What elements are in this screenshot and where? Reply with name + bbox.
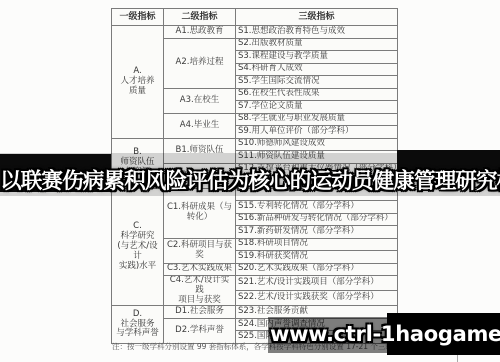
table-row: A. 人才培养 质量 A1.思政教育 S1.思想政治教育特色与成效	[112, 26, 398, 39]
scanned-page: 一级指标 二级指标 三级指标 A. 人才培养 质量 A1.思政教育 S1.思想政…	[0, 0, 500, 362]
level2-d2: D2.学科声誉	[164, 318, 236, 343]
header-level1: 一级指标	[112, 9, 164, 26]
table-row: B. 师资队伍 与资源 B1.师资队伍 S10.师德师风建设成效	[112, 138, 398, 151]
indicator-s2: S2.出版教材质量	[236, 38, 398, 51]
indicator-s4: S4.科研育人成效	[236, 63, 398, 76]
indicator-s15: S15.专利转化情况（部分学科）	[236, 201, 398, 214]
scan-artifact-line	[457, 354, 458, 362]
level2-c2: C2.科研项目与获奖	[164, 238, 236, 263]
level2-c4: C4.艺术/设计实践 项目与获奖	[164, 276, 236, 306]
level2-a2: A2.培养过程	[164, 38, 236, 88]
header-level2: 二级指标	[164, 9, 236, 26]
indicator-s8: S8.学生就业与职业发展质量	[236, 113, 398, 126]
indicator-s7: S7.学位论文质量	[236, 101, 398, 114]
indicator-s16: S16.新品种研发与转化情况（部分学科）	[236, 213, 398, 226]
level2-a1: A1.思政教育	[164, 26, 236, 39]
level2-d1: D1.社会服务	[164, 306, 236, 319]
indicator-s3: S3.课程建设与教学质量	[236, 51, 398, 64]
level2-a3: A3.在校生	[164, 88, 236, 113]
level2-a4: A4.毕业生	[164, 113, 236, 138]
level1-group-c: C. 科学研究 (与艺术/设计 实践)水平	[112, 188, 164, 306]
level1-group-a: A. 人才培养 质量	[112, 26, 164, 139]
indicator-s9: S9.用人单位评价（部分学科）	[236, 126, 398, 139]
indicator-s20: S20.艺术实践成果（部分学科）	[236, 263, 398, 276]
indicator-s18: S18.科研项目情况	[236, 238, 398, 251]
indicator-s5: S5.学生国际交流情况	[236, 76, 398, 89]
indicator-s19: S19.科研获奖情况	[236, 251, 398, 264]
indicator-s17: S17.新药研发情况（部分学科）	[236, 226, 398, 239]
indicator-s1: S1.思想政治教育特色与成效	[236, 26, 398, 39]
level1-group-d: D. 社会服务 与学科声誉	[112, 306, 164, 344]
indicator-s22: S22.艺术/设计实践获奖（部分学科）	[236, 291, 398, 306]
headline-title: 以联赛伤病累积风险评估为核心的运动员健康管理研究框架	[0, 165, 500, 199]
indicator-s21: S21.艺术/设计实践项目（部分学科）	[236, 276, 398, 291]
level2-c3: C3.艺术实践成果	[164, 263, 236, 276]
table-header-row: 一级指标 二级指标 三级指标	[112, 9, 398, 26]
watermark-url: www.ctrl-1haogame.com	[270, 313, 500, 355]
indicator-s6: S6.在校生代表性成果	[236, 88, 398, 101]
indicator-s10: S10.师德师风建设成效	[236, 138, 398, 151]
header-level3: 三级指标	[236, 9, 398, 26]
